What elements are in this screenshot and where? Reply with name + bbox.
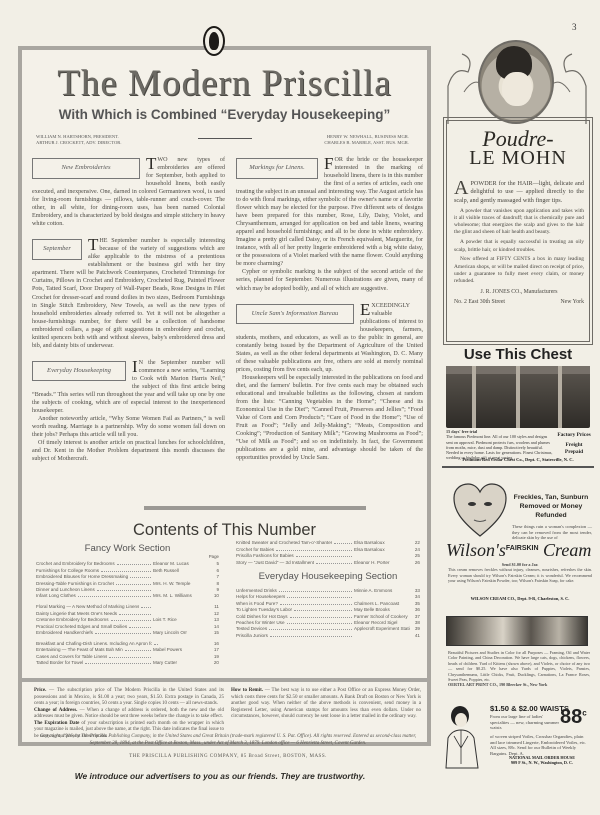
ad-subtext: These things ruin a woman's complexion —… xyxy=(512,524,592,541)
ad-waists: $1.50 & $2.00 WAISTS 88c From our large … xyxy=(442,700,594,770)
toc-title: Unfermented Drinks xyxy=(236,588,277,593)
article-paragraph: Housekeepers will be especially interest… xyxy=(236,374,423,462)
page-number: 3 xyxy=(572,22,577,32)
toc-page-label: Page xyxy=(36,554,219,559)
ad-brand: Wilson'sFAIRSKIN Cream xyxy=(446,540,594,561)
magazine-subtitle: With Which is Combined “Everyday Houseke… xyxy=(22,107,427,122)
toc-title: To Lighten Tuesday's Labor xyxy=(236,607,292,612)
toc-leader xyxy=(141,607,151,608)
ad-advertiser: NATIONAL MAIL ORDER HOUSE 909 F St., N. … xyxy=(490,755,594,766)
toc-leader xyxy=(85,663,151,664)
toc-leader xyxy=(270,636,352,637)
toc-title: Knitted Sweater and Crocheted Tam-o'-Sha… xyxy=(236,540,332,545)
toc-page: 41 xyxy=(410,633,420,638)
article-paragraph: Of timely interest is another article on… xyxy=(32,439,225,463)
toc-page: 10 xyxy=(209,593,219,598)
toc-leader xyxy=(296,556,352,557)
toc-author: Eleanor H. Porter xyxy=(354,560,410,565)
toc-leader xyxy=(280,604,352,605)
toc-title: When is Food Pure? xyxy=(236,601,278,606)
ad-manufacturer: J. R. JONES CO., Manufacturers xyxy=(454,289,584,297)
toc-page: 22 xyxy=(410,540,420,545)
toc-page: 36 xyxy=(410,607,420,612)
masthead: The Modern Priscilla With Which is Combi… xyxy=(22,62,427,122)
toc-title: Tatted Border for Towel xyxy=(36,660,83,665)
ad-advertiser: WILSON CREAM CO., Dept. 9-R, Charleston,… xyxy=(448,596,592,601)
toc-page: 8 xyxy=(209,581,219,586)
toc-title: Priscilla Juniors xyxy=(236,633,268,638)
article-heading: September xyxy=(32,239,82,260)
ad-side-note: Factory Prices Freight Prepaid xyxy=(556,432,592,455)
toc-title: Tested Devices xyxy=(236,626,267,631)
toc-leader xyxy=(129,627,151,628)
toc-page: 35 xyxy=(410,601,420,606)
article-everyday-housekeeping: Everyday Housekeeping I N the September … xyxy=(32,359,225,463)
toc-page: 7 xyxy=(209,574,219,579)
toc-author: Farmer School of Cookery xyxy=(354,614,410,619)
kittens-picture-icon xyxy=(446,616,588,646)
toc-leader xyxy=(78,596,151,597)
toc-title: Embroidered Blouses for Home Dressmaking xyxy=(36,574,128,579)
toc-author: Mary Cutter xyxy=(153,660,209,665)
contents-title: Contents of This Number xyxy=(22,521,427,540)
staff-left: William N. Hartshorn, President. Arthur … xyxy=(36,134,121,146)
staff-right: Henry W. Newhall, Business Mgr. Charles … xyxy=(324,134,409,146)
toc-leader xyxy=(290,617,352,618)
toc-leader xyxy=(95,633,151,634)
dropcap: T xyxy=(146,157,156,171)
toc-title: Breakfast and Chafing-Dish Linens. Inclu… xyxy=(36,641,152,646)
toc-leader xyxy=(116,584,151,585)
ad-body: of woven striped Voiles, Crossbar Organd… xyxy=(490,734,590,757)
toc-title: Helps for Housekeepers xyxy=(236,594,285,599)
toc-page: 9 xyxy=(209,587,219,592)
toc-author: Mary Lincoln Orr xyxy=(153,630,209,635)
toc-leader xyxy=(316,563,352,564)
toc-title: Story — “Just David” — 3d Installment xyxy=(236,560,314,565)
ad-wilsons-fairskin: Freckles, Tan, Sunburn Removed or Money … xyxy=(442,478,594,588)
toc-page: 11 xyxy=(209,604,219,609)
toc-entry: Story — “Just David” — 3d InstallmentEle… xyxy=(236,558,420,564)
toc-leader xyxy=(294,610,352,611)
toc-title: Crochet for Babies xyxy=(236,547,274,552)
left-column: New Embroideries T WO new types of embro… xyxy=(32,156,225,472)
cedar-chest-icon xyxy=(446,366,590,428)
toc-author: Mrs. M. L. Williams xyxy=(153,593,209,598)
toc-fancy-work: Fancy Work Section Page Crochet and Embr… xyxy=(36,543,219,665)
ad-body: From our large line of ladies' specialti… xyxy=(490,714,560,731)
ad-advertiser: Piedmont Red Cedar Chest Co., Dept. C, S… xyxy=(446,457,590,462)
toc-page: 15 xyxy=(209,630,219,635)
toc-leader xyxy=(101,571,151,572)
toc-leader xyxy=(97,590,151,591)
footer-tagline: We introduce our advertisers to you as o… xyxy=(0,771,440,781)
ad-cedar-chest: Use This Chest FREE 15 days' free trial … xyxy=(442,346,594,468)
article-uncle-sam: Uncle Sam's Information Bureau E XCEEDIN… xyxy=(236,302,423,463)
toc-author: Chalmers L. Pancoast xyxy=(354,601,410,606)
toc-entry: Breakfast and Chafing-Dish Linens. Inclu… xyxy=(36,635,219,646)
toc-author: May Belle Brooks xyxy=(354,607,410,612)
toc-author: Eleanor M. Lucas xyxy=(153,561,209,566)
ad-art-prints: Beautiful Pictures and Studies in Color … xyxy=(442,614,594,692)
toc-title: Peaches for Winter Use xyxy=(236,620,285,625)
heart-portrait-icon xyxy=(452,482,508,538)
toc-page: 16 xyxy=(210,641,219,646)
toc-leader xyxy=(279,591,352,592)
toc-page: 19 xyxy=(209,654,219,659)
toc-page: 37 xyxy=(410,614,420,619)
toc-entry: Knitted Sweater and Crocheted Tam-o'-Sha… xyxy=(236,539,420,545)
toc-author: Elsa Barsaloux xyxy=(354,547,410,552)
toc-leader xyxy=(111,620,151,621)
toc-title: Crochet and Embroidery for Bedrooms xyxy=(36,561,115,566)
ad-body: Beautiful Pictures and Studies in Color … xyxy=(448,650,590,688)
toc-page: 20 xyxy=(209,660,219,665)
article-paragraph: Cypher or symbolic marking is the subjec… xyxy=(236,268,423,292)
woman-portrait-icon xyxy=(478,40,554,124)
toc-continued: Knitted Sweater and Crocheted Tam-o'-Sha… xyxy=(236,539,420,638)
toc-page: 13 xyxy=(209,617,219,622)
toc-leader xyxy=(109,657,151,658)
dropcap: F xyxy=(324,157,333,171)
toc-entry: Floral Marking — A New Method of Marking… xyxy=(36,598,219,609)
toc-section-heading: Fancy Work Section xyxy=(36,543,219,554)
ad-poudre-le-mohn: Poudre- LE MOHN APOWDER for the HAIR—lig… xyxy=(442,36,594,342)
toc-page: 38 xyxy=(410,620,420,625)
article-heading: Markings for Linens. xyxy=(236,158,318,179)
toc-title: Cold Dishes for Hot Days xyxy=(236,614,288,619)
divider xyxy=(22,678,427,682)
toc-leader xyxy=(334,543,352,544)
article-paragraph: Another noteworthy article, “Why Some Wo… xyxy=(32,415,225,439)
toc-leader xyxy=(154,644,158,645)
toc-title: Dinner and Luncheon Linens xyxy=(36,587,95,592)
toc-leader xyxy=(287,597,352,598)
toc-title: Floral Marking — A New Method of Marking… xyxy=(36,604,139,609)
toc-page: 33 xyxy=(410,588,420,593)
ad-body: Send $1.00 for a Jar. This cream removes… xyxy=(448,562,592,583)
article-heading: Everyday Housekeeping xyxy=(32,361,126,382)
toc-title: Infant Long Clothes xyxy=(36,593,76,598)
toc-page: 17 xyxy=(209,647,219,652)
toc-title: Furnishings for College Rooms xyxy=(36,568,99,573)
dropcap: T xyxy=(88,238,98,252)
dropcap: E xyxy=(360,303,370,317)
toc-author: Mabel Powers xyxy=(153,647,209,652)
subscription-info-right: How to Remit. — The best way is to use e… xyxy=(231,688,421,721)
toc-page: 34 xyxy=(410,594,420,599)
article-september: September T HE September number is espec… xyxy=(32,237,225,349)
article-markings-for-linens: Markings for Linens. F OR the bride or t… xyxy=(236,156,423,293)
toc-title: Priscilla Fashions for Babies xyxy=(236,553,294,558)
toc-page: 5 xyxy=(209,561,219,566)
toc-section-heading: Everyday Housekeeping Section xyxy=(236,571,420,582)
toc-title: Entertaining — The Feast of Mats Bah Min xyxy=(36,647,123,652)
toc-title: Dainty Lingerie that Meets One's Needs xyxy=(36,611,117,616)
toc-page: 39 xyxy=(410,626,420,631)
toc-title: Embroidered Handkerchiefs xyxy=(36,630,93,635)
toc-author: Applecroft Experiment Station xyxy=(354,626,410,631)
toc-page: 25 xyxy=(410,553,420,558)
dropcap: I xyxy=(132,360,138,374)
toc-title: Dressing-Table Furnishings in Crochet xyxy=(36,581,114,586)
article-heading: New Embroideries xyxy=(32,158,140,179)
toc-leader xyxy=(117,564,151,565)
subscription-info-left: Price. — The subscription price of The M… xyxy=(34,688,224,740)
article-heading: Uncle Sam's Information Bureau xyxy=(236,304,354,325)
toc-author: Beth Russell xyxy=(153,568,209,573)
toc-leader xyxy=(119,614,151,615)
toc-author: Mrs. H. W. Temple xyxy=(153,581,209,586)
toc-page: 6 xyxy=(209,568,219,573)
copyright-notice: Copyright, 1916, by The Priscilla Publis… xyxy=(34,734,422,748)
right-column: Markings for Linens. F OR the bride or t… xyxy=(236,156,423,471)
magazine-title: The Modern Priscilla xyxy=(22,62,427,105)
toc-page: 26 xyxy=(410,560,420,565)
divider xyxy=(144,506,366,510)
toc-entry: Priscilla Juniors41 xyxy=(236,631,420,637)
toc-author: Lois T. Rice xyxy=(153,617,209,622)
ad-headline: Freckles, Tan, Sunburn Removed or Money … xyxy=(510,494,592,520)
cameo-logo-icon xyxy=(203,26,225,56)
ad-headline: $1.50 & $2.00 WAISTS xyxy=(490,704,569,713)
ad-body: 15 days' free trial The famous Piedmont … xyxy=(446,429,554,461)
divider xyxy=(198,138,252,139)
toc-page: 12 xyxy=(209,611,219,616)
toc-leader xyxy=(287,623,352,624)
article-new-embroideries: New Embroideries T WO new types of embro… xyxy=(32,156,225,228)
toc-entry: Tatted Border for TowelMary Cutter20 xyxy=(36,659,219,665)
toc-author: Eleanor Record Sigel xyxy=(354,620,410,625)
toc-author: Elsa Barsaloux xyxy=(354,540,410,545)
toc-page: 24 xyxy=(410,547,420,552)
editorial-frame: The Modern Priscilla With Which is Combi… xyxy=(18,46,431,746)
toc-title: Practical Crocheted Edges and Small Doil… xyxy=(36,624,127,629)
ad-body: APOWDER for the HAIR—light, delicate and… xyxy=(454,180,584,309)
publisher-address: THE PRISCILLA PUBLISHING COMPANY, 85 Bro… xyxy=(34,754,422,759)
ad-price: 88c xyxy=(560,706,587,729)
toc-title: Cases and Covers for Table Linens xyxy=(36,654,107,659)
toc-page: 14 xyxy=(209,624,219,629)
toc-leader xyxy=(125,650,151,651)
toc-leader xyxy=(269,629,352,630)
toc-author: Minnie A. Emmons xyxy=(354,588,410,593)
toc-leader xyxy=(130,577,151,578)
toc-leader xyxy=(276,550,352,551)
toc-title: Cretonne Embroidery for Bedrooms xyxy=(36,617,109,622)
woman-blouse-icon xyxy=(442,704,482,770)
ad-brand: LE MOHN xyxy=(448,147,588,170)
